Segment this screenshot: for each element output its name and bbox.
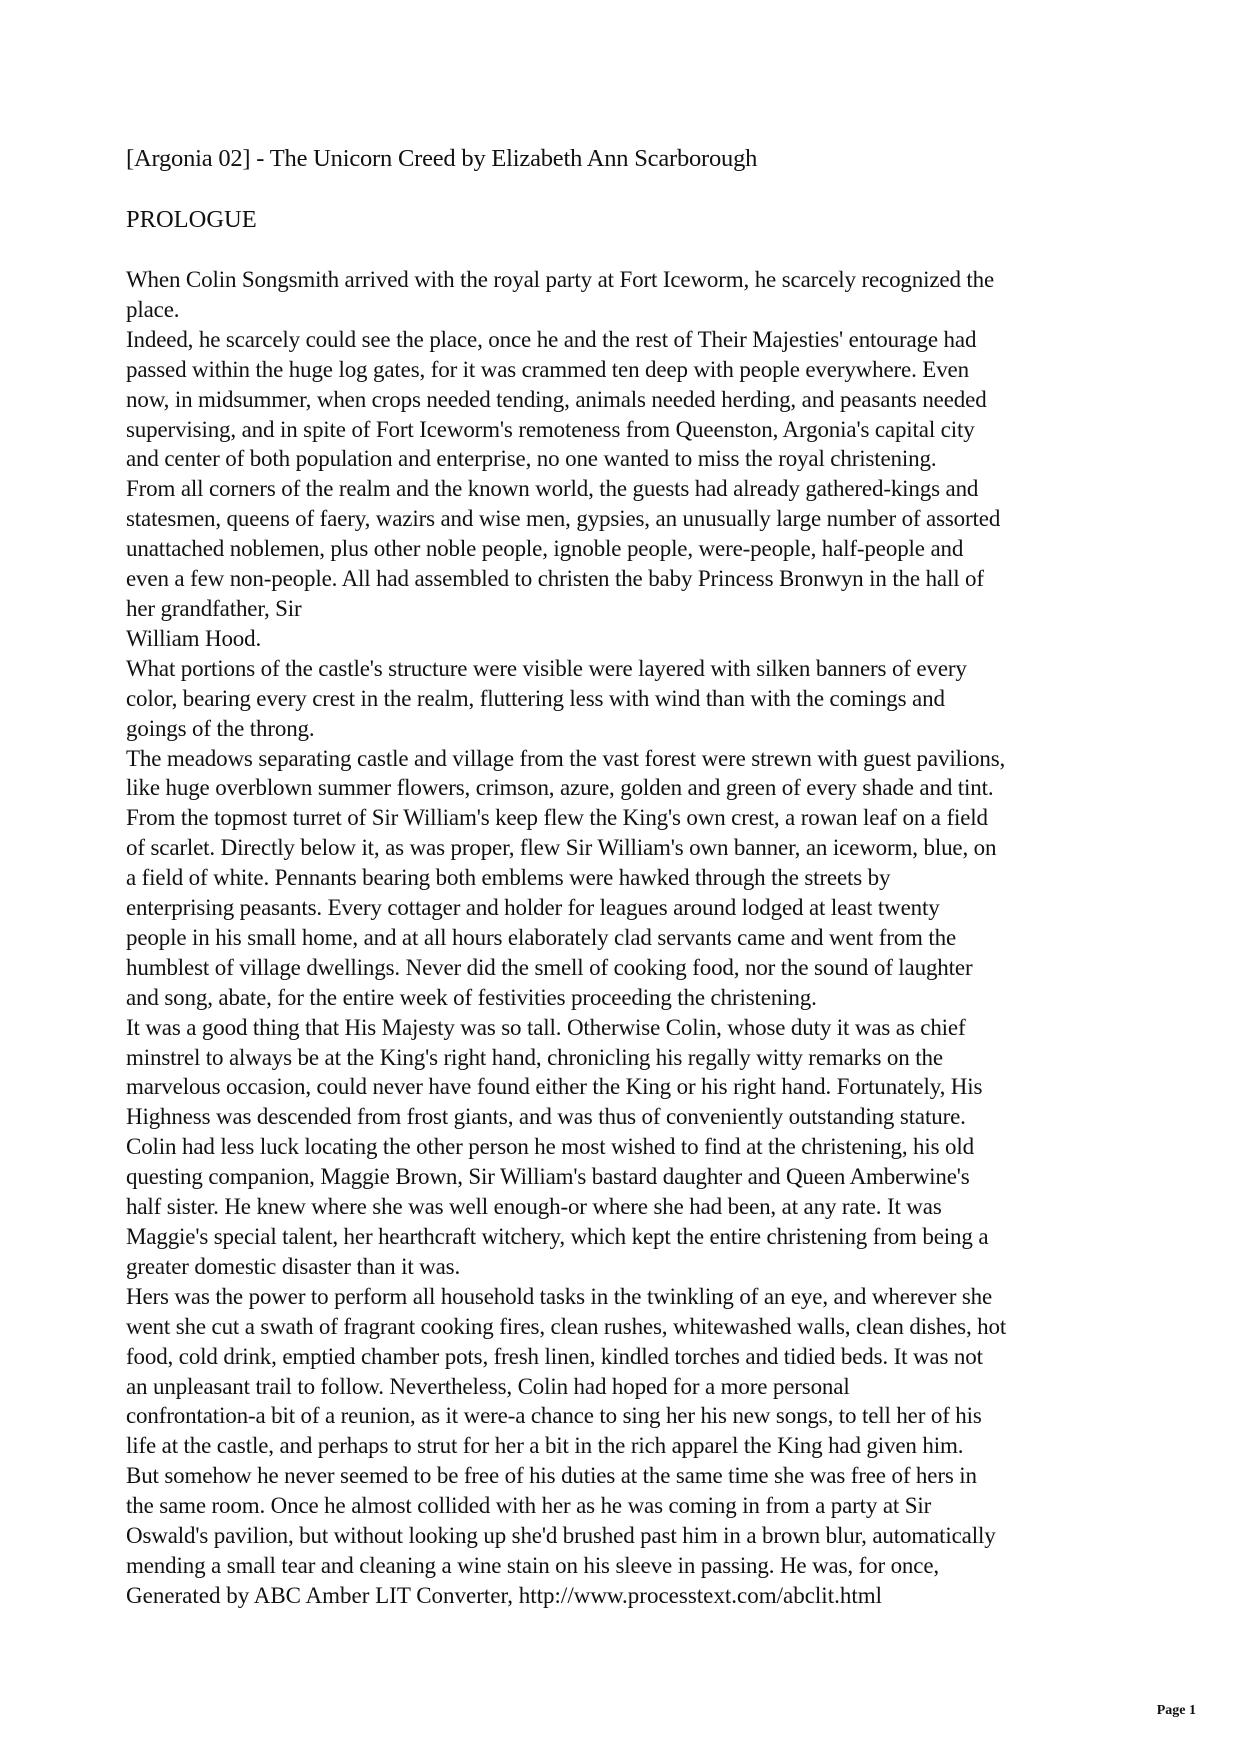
- text-line: Indeed, he scarcely could see the place,…: [126, 325, 1136, 355]
- text-line: Maggie's special talent, her hearthcraft…: [126, 1222, 1136, 1252]
- text-line: unattached noblemen, plus other noble pe…: [126, 534, 1136, 564]
- chapter-heading: PROLOGUE: [126, 205, 257, 235]
- text-line: of scarlet. Directly below it, as was pr…: [126, 833, 1136, 863]
- text-line: an unpleasant trail to follow. Neverthel…: [126, 1372, 1136, 1402]
- text-line: goings of the throng.: [126, 714, 1136, 744]
- text-line: William Hood.: [126, 624, 1136, 654]
- text-line: food, cold drink, emptied chamber pots, …: [126, 1342, 1136, 1372]
- text-line: When Colin Songsmith arrived with the ro…: [126, 265, 1136, 295]
- text-line: like huge overblown summer flowers, crim…: [126, 773, 1136, 803]
- text-line: Highness was descended from frost giants…: [126, 1102, 1136, 1132]
- text-line: half sister. He knew where she was well …: [126, 1192, 1136, 1222]
- text-line: What portions of the castle's structure …: [126, 654, 1136, 684]
- text-line: mending a small tear and cleaning a wine…: [126, 1551, 1136, 1581]
- text-line: But somehow he never seemed to be free o…: [126, 1461, 1136, 1491]
- text-line: color, bearing every crest in the realm,…: [126, 684, 1136, 714]
- text-line: passed within the huge log gates, for it…: [126, 355, 1136, 385]
- text-line: place.: [126, 295, 1136, 325]
- text-line: statesmen, queens of faery, wazirs and w…: [126, 504, 1136, 534]
- text-line: people in his small home, and at all hou…: [126, 923, 1136, 953]
- text-line: even a few non-people. All had assembled…: [126, 564, 1136, 594]
- text-line: minstrel to always be at the King's righ…: [126, 1043, 1136, 1073]
- text-line: now, in midsummer, when crops needed ten…: [126, 385, 1136, 415]
- text-line: questing companion, Maggie Brown, Sir Wi…: [126, 1162, 1136, 1192]
- text-line: life at the castle, and perhaps to strut…: [126, 1431, 1136, 1461]
- text-line: went she cut a swath of fragrant cooking…: [126, 1312, 1136, 1342]
- generator-note: Generated by ABC Amber LIT Converter, ht…: [126, 1581, 1136, 1611]
- document-title: [Argonia 02] - The Unicorn Creed by Eliz…: [126, 144, 757, 174]
- text-line: humblest of village dwellings. Never did…: [126, 953, 1136, 983]
- text-line: greater domestic disaster than it was.: [126, 1252, 1136, 1282]
- text-line: a field of white. Pennants bearing both …: [126, 863, 1136, 893]
- text-line: confrontation-a bit of a reunion, as it …: [126, 1401, 1136, 1431]
- text-line: Colin had less luck locating the other p…: [126, 1132, 1136, 1162]
- text-line: Hers was the power to perform all househ…: [126, 1282, 1136, 1312]
- body-text: When Colin Songsmith arrived with the ro…: [126, 265, 1136, 1611]
- text-line: supervising, and in spite of Fort Icewor…: [126, 415, 1136, 445]
- text-line: enterprising peasants. Every cottager an…: [126, 893, 1136, 923]
- text-line: the same room. Once he almost collided w…: [126, 1491, 1136, 1521]
- text-line: and center of both population and enterp…: [126, 444, 1136, 474]
- text-line: her grandfather, Sir: [126, 594, 1136, 624]
- text-line: Oswald's pavilion, but without looking u…: [126, 1521, 1136, 1551]
- text-line: marvelous occasion, could never have fou…: [126, 1072, 1136, 1102]
- text-line: The meadows separating castle and villag…: [126, 744, 1136, 774]
- text-line: From all corners of the realm and the kn…: [126, 474, 1136, 504]
- page-number: Page 1: [1157, 1703, 1196, 1719]
- text-line: It was a good thing that His Majesty was…: [126, 1013, 1136, 1043]
- text-line: and song, abate, for the entire week of …: [126, 983, 1136, 1013]
- text-line: From the topmost turret of Sir William's…: [126, 803, 1136, 833]
- document-page: [Argonia 02] - The Unicorn Creed by Eliz…: [0, 0, 1240, 1755]
